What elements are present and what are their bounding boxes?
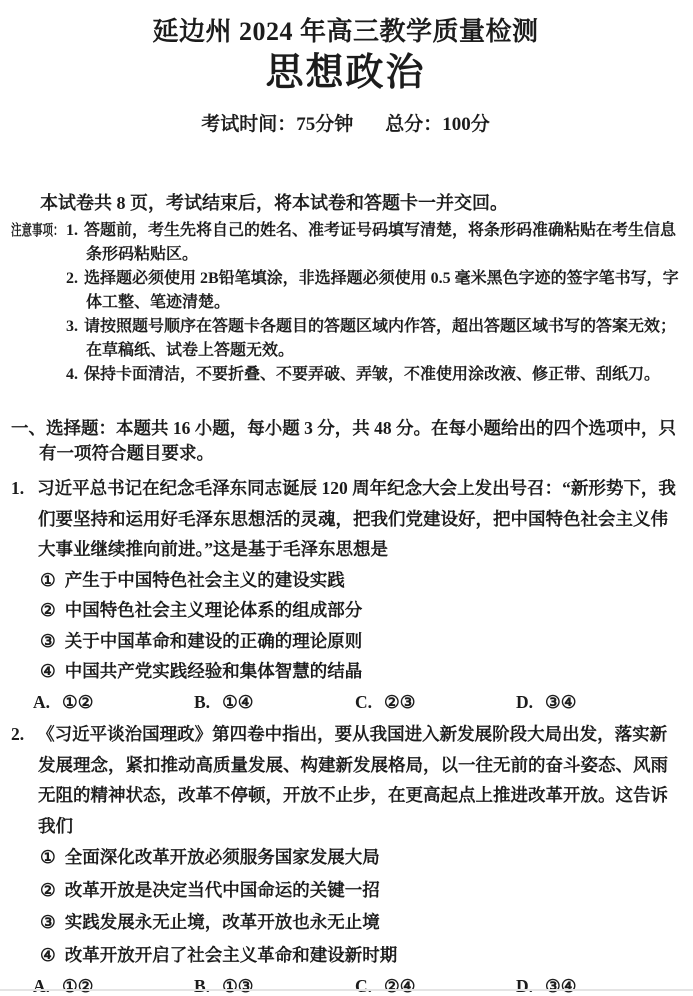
- notice-item-2: 2.选择题必须使用 2B铅笔填涂，非选择题必须使用 0.5 毫米黑色字迹的签字笔…: [66, 267, 680, 315]
- statement-list: ①全面深化改革开放必须服务国家发展大局 ②改革开放是决定当代中国命运的关键一招 …: [11, 841, 680, 971]
- statement-marker: ④: [40, 661, 56, 681]
- choice-value: ③④: [545, 976, 576, 996]
- choice-value: ③④: [545, 692, 576, 712]
- notice-text: 答题前，考生先将自己的姓名、准考证号码填写清楚，将条形码准确粘贴在考生信息条形码…: [84, 222, 676, 263]
- choice-value: ①②: [62, 692, 93, 712]
- question-stem: 2.《习近平谈治国理政》第四卷中指出，要从我国进入新发展阶段大局出发，落实新发展…: [11, 719, 680, 841]
- statement-marker: ④: [40, 945, 56, 965]
- notes-list: 1.答题前，考生先将自己的姓名、准考证号码填写清楚，将条形码准确粘贴在考生信息条…: [11, 219, 680, 387]
- choices-row: A.①② B.①④ C.②③ D.③④: [11, 687, 680, 718]
- statement-4: ④中国共产党实践经验和集体智慧的结晶: [11, 656, 680, 687]
- section-title: 选择题：本题共 16 小题，每小题 3 分，共 48 分。在每小题给出的四个选项…: [39, 418, 676, 463]
- statement-text: 关于中国革命和建设的正确的理论原则: [65, 631, 363, 651]
- choice-label: C.: [355, 692, 372, 712]
- statement-4: ④改革开放开启了社会主义革命和建设新时期: [11, 939, 680, 972]
- statement-marker: ②: [40, 880, 56, 900]
- statement-2: ②中国特色社会主义理论体系的组成部分: [11, 595, 680, 626]
- question-number: 1.: [11, 478, 24, 498]
- notes-block: 注意事项： 1.答题前，考生先将自己的姓名、准考证号码填写清楚，将条形码准确粘贴…: [11, 219, 680, 387]
- statement-2: ②改革开放是决定当代中国命运的关键一招: [11, 874, 680, 907]
- choice-label: B.: [194, 692, 210, 712]
- total-score: 总分：100分: [385, 114, 490, 135]
- statement-marker: ②: [40, 600, 56, 620]
- statement-text: 改革开放开启了社会主义革命和建设新时期: [65, 945, 398, 965]
- question-text: 习近平总书记在纪念毛泽东同志诞辰 120 周年纪念大会上发出号召：“新形势下，我…: [37, 478, 676, 559]
- choice-value: ②③: [384, 692, 415, 712]
- choice-c: C.②③: [355, 687, 516, 718]
- exam-meta: 考试时间：75分钟总分：100分: [11, 111, 680, 138]
- choice-d: D.③④: [516, 687, 576, 718]
- notice-number: 2.: [66, 270, 78, 287]
- choice-label: A.: [33, 692, 50, 712]
- choice-d: D.③④: [516, 971, 576, 996]
- notice-item-3: 3.请按照题号顺序在答题卡各题目的答题区域内作答，超出答题区域书写的答案无效；在…: [66, 315, 680, 363]
- choice-label: C.: [355, 976, 372, 996]
- notice-item-1: 1.答题前，考生先将自己的姓名、准考证号码填写清楚，将条形码准确粘贴在考生信息条…: [66, 219, 680, 267]
- choice-b: B.①③: [194, 971, 355, 996]
- notice-text: 请按照题号顺序在答题卡各题目的答题区域内作答，超出答题区域书写的答案无效；在草稿…: [84, 318, 676, 359]
- statement-text: 中国共产党实践经验和集体智慧的结晶: [65, 661, 363, 681]
- choice-a: A.①②: [33, 971, 194, 996]
- statement-text: 产生于中国特色社会主义的建设实践: [65, 570, 345, 590]
- section-number: 一、: [11, 418, 46, 438]
- choice-value: ①②: [62, 976, 93, 996]
- statement-1: ①全面深化改革开放必须服务国家发展大局: [11, 841, 680, 874]
- choice-value: ②④: [384, 976, 415, 996]
- question-number: 2.: [11, 724, 24, 744]
- statement-marker: ①: [40, 570, 56, 590]
- notice-number: 1.: [66, 222, 78, 239]
- statement-text: 改革开放是决定当代中国命运的关键一招: [65, 880, 380, 900]
- choice-value: ①③: [222, 976, 253, 996]
- statement-marker: ③: [40, 631, 56, 651]
- question-stem: 1.习近平总书记在纪念毛泽东同志诞辰 120 周年纪念大会上发出号召：“新形势下…: [11, 473, 680, 565]
- choice-label: B.: [194, 976, 210, 996]
- notice-text: 选择题必须使用 2B铅笔填涂，非选择题必须使用 0.5 毫米黑色字迹的签字笔书写…: [84, 270, 679, 311]
- choice-a: A.①②: [33, 687, 194, 718]
- scan-bottom-edge: [0, 989, 693, 991]
- statement-marker: ①: [40, 847, 56, 867]
- exam-paper-page: 延边州 2024 年高三教学质量检测 思想政治 考试时间：75分钟总分：100分…: [0, 0, 693, 996]
- section-heading: 一、选择题：本题共 16 小题，每小题 3 分，共 48 分。在每小题给出的四个…: [11, 416, 680, 466]
- statement-text: 中国特色社会主义理论体系的组成部分: [65, 600, 363, 620]
- statement-marker: ③: [40, 912, 56, 932]
- question-1: 1.习近平总书记在纪念毛泽东同志诞辰 120 周年纪念大会上发出号召：“新形势下…: [11, 473, 680, 717]
- question-2: 2.《习近平谈治国理政》第四卷中指出，要从我国进入新发展阶段大局出发，落实新发展…: [11, 719, 680, 996]
- notice-number: 4.: [66, 366, 78, 383]
- statement-list: ①产生于中国特色社会主义的建设实践 ②中国特色社会主义理论体系的组成部分 ③关于…: [11, 565, 680, 687]
- statement-1: ①产生于中国特色社会主义的建设实践: [11, 565, 680, 596]
- paper-subject: 思想政治: [11, 48, 680, 98]
- notice-item-4: 4.保持卡面清洁，不要折叠、不要弄破、弄皱，不准使用涂改液、修正带、刮纸刀。: [66, 363, 680, 387]
- statement-text: 全面深化改革开放必须服务国家发展大局: [65, 847, 380, 867]
- paper-header: 延边州 2024 年高三教学质量检测 思想政治 考试时间：75分钟总分：100分: [11, 15, 680, 138]
- notice-text: 保持卡面清洁，不要折叠、不要弄破、弄皱，不准使用涂改液、修正带、刮纸刀。: [84, 366, 660, 383]
- choice-label: D.: [516, 976, 533, 996]
- choice-value: ①④: [222, 692, 253, 712]
- choice-c: C.②④: [355, 971, 516, 996]
- return-instruction: 本试卷共 8 页，考试结束后，将本试卷和答题卡一并交回。: [11, 190, 680, 216]
- notice-number: 3.: [66, 318, 78, 335]
- choice-label: D.: [516, 692, 533, 712]
- paper-title: 延边州 2024 年高三教学质量检测: [11, 15, 680, 48]
- choice-label: A.: [33, 976, 50, 996]
- choices-row: A.①② B.①③ C.②④ D.③④: [11, 971, 680, 996]
- exam-time: 考试时间：75分钟: [201, 114, 353, 135]
- statement-3: ③关于中国革命和建设的正确的理论原则: [11, 626, 680, 657]
- choice-b: B.①④: [194, 687, 355, 718]
- statement-text: 实践发展永无止境，改革开放也永无止境: [65, 912, 380, 932]
- question-text: 《习近平谈治国理政》第四卷中指出，要从我国进入新发展阶段大局出发，落实新发展理念…: [37, 724, 668, 836]
- statement-3: ③实践发展永无止境，改革开放也永无止境: [11, 906, 680, 939]
- notes-label: 注意事项：: [11, 219, 64, 243]
